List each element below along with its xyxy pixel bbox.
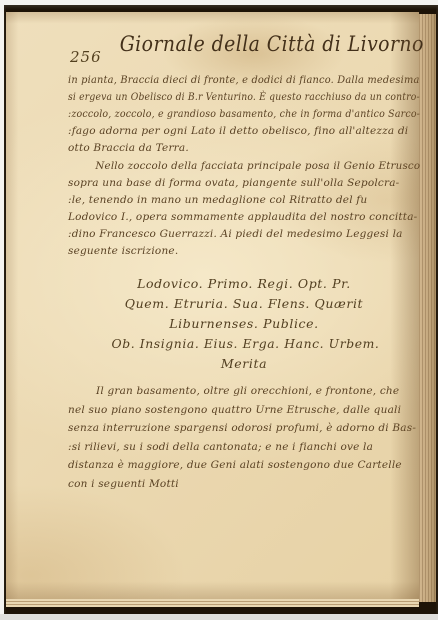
manuscript-line: Il gran basamento, oltre gli orecchioni,…: [68, 382, 420, 401]
manuscript-line: nel suo piano sostengono quattro Urne Et…: [68, 401, 420, 420]
manuscript-line: otto Braccia da Terra.: [68, 140, 420, 157]
manuscript-line: seguente iscrizione.: [68, 243, 420, 260]
inscription-line: Liburnenses. Publice.: [110, 314, 378, 334]
manuscript-line: con i seguenti Motti: [68, 475, 420, 494]
latin-inscription-block: Lodovico. Primo. Regi. Opt. Pr. Quem. Et…: [110, 274, 378, 374]
page-fore-edge: [419, 14, 436, 602]
page-number: 256: [70, 48, 102, 66]
manuscript-line: :zoccolo, zoccolo, e grandioso basamento…: [68, 106, 385, 123]
manuscript-line: Nello zoccolo della facciata principale …: [68, 158, 412, 175]
manuscript-page: 256 Giornale della Città di Livorno in p…: [6, 12, 419, 599]
manuscript-line: senza interruzione spargensi odorosi pro…: [68, 419, 420, 438]
page-title: Giornale della Città di Livorno: [120, 32, 393, 56]
photo-canvas: 256 Giornale della Città di Livorno in p…: [0, 0, 438, 620]
manuscript-line: sopra una base di forma ovata, piangente…: [68, 175, 420, 192]
inscription-line: Ob. Insignia. Eius. Erga. Hanc. Urbem.: [111, 334, 376, 354]
manuscript-line: :fago adorna per ogni Lato il detto obel…: [68, 123, 420, 140]
manuscript-line: Lodovico I., opera sommamente applaudita…: [68, 209, 420, 226]
manuscript-line: si ergeva un Obelisco di B.r Venturino. …: [68, 89, 378, 106]
manuscript-line: distanza è maggiore, due Geni alati sost…: [68, 456, 420, 475]
paragraph-basamento: Il gran basamento, oltre gli orecchioni,…: [68, 382, 420, 493]
manuscript-line: :si rilievi, su i sodi della cantonata; …: [68, 438, 420, 457]
bottom-page-edges: [6, 599, 419, 607]
paragraph-zoccolo: Nello zoccolo della facciata principale …: [68, 158, 420, 260]
paragraph-opening: in pianta, Braccia dieci di fronte, e do…: [68, 72, 420, 157]
manuscript-line: :le, tenendo in mano un medaglione col R…: [68, 192, 420, 209]
inscription-line: Merita: [110, 354, 378, 374]
manuscript-line: in pianta, Braccia dieci di fronte, e do…: [68, 72, 398, 89]
inscription-line: Quem. Etruria. Sua. Flens. Quærit: [110, 294, 378, 314]
manuscript-line: :dino Francesco Guerrazzi. Ai piedi del …: [68, 226, 420, 243]
inscription-line: Lodovico. Primo. Regi. Opt. Pr.: [110, 274, 378, 294]
table-surface-strip: [0, 614, 438, 620]
